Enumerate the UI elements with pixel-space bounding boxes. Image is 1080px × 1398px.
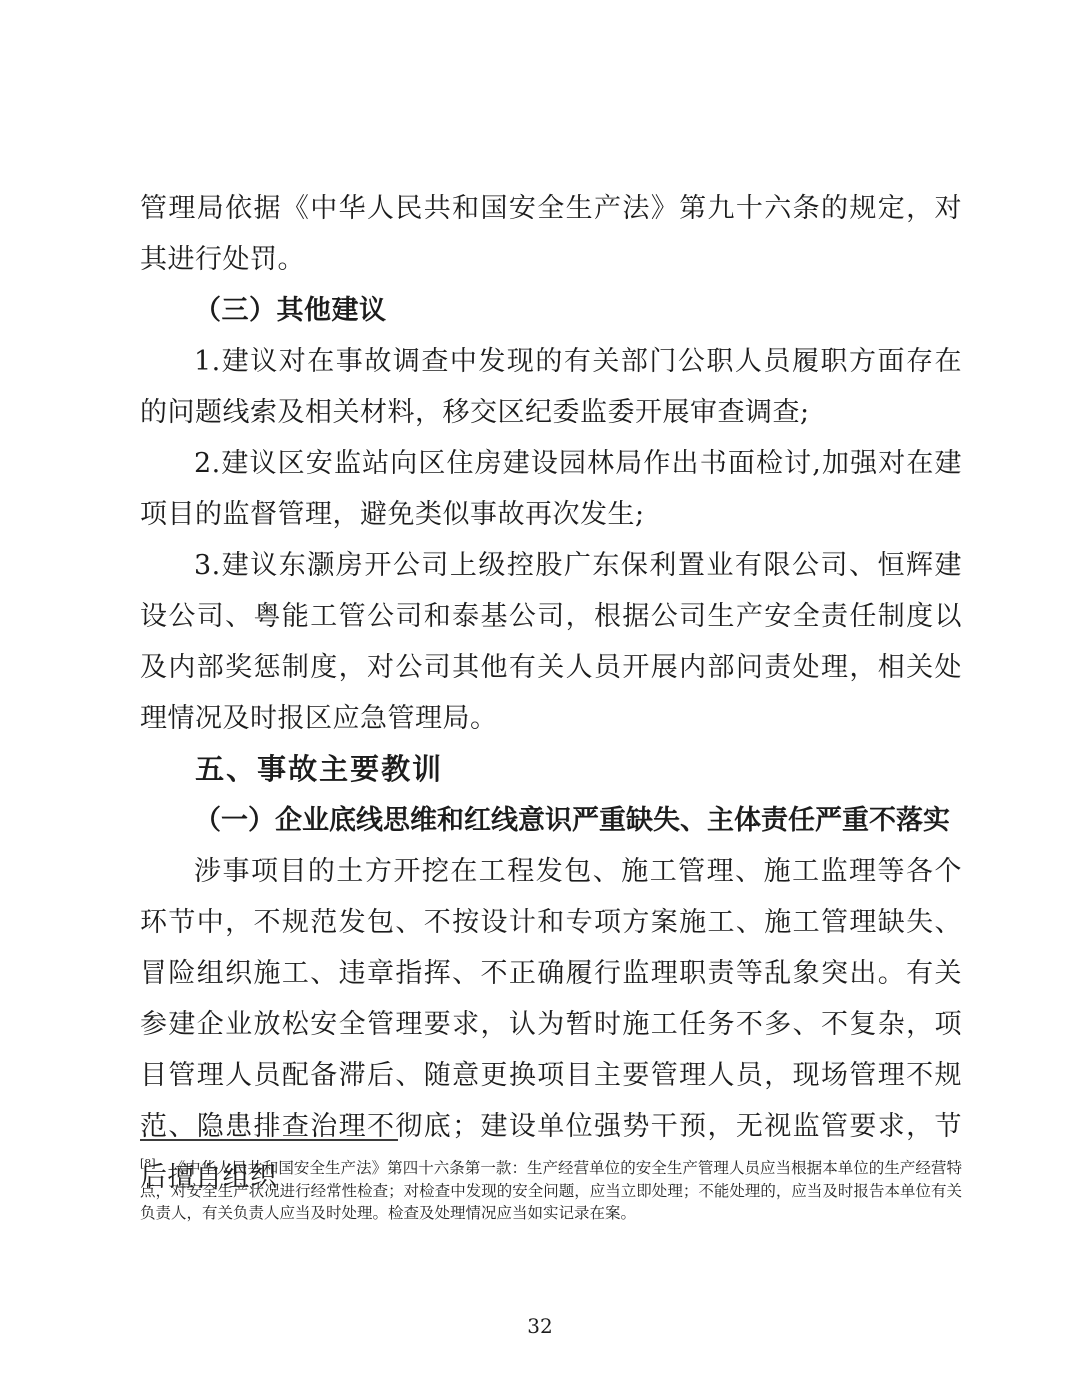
page-number: 32 bbox=[0, 1314, 1080, 1338]
document-page: 管理局依据《中华人民共和国安全生产法》第九十六条的规定，对其进行处罚。 （三）其… bbox=[0, 0, 1080, 1398]
heading-lesson-1: （一）企业底线思维和红线意识严重缺失、主体责任严重不落实 bbox=[140, 795, 962, 846]
heading-main-lessons: 五、事故主要教训 bbox=[140, 744, 962, 795]
suggestion-item-3: 3.建议东灏房开公司上级控股广东保利置业有限公司、恒辉建设公司、粤能工管公司和泰… bbox=[140, 540, 962, 744]
footnote-text: [8]《中华人民共和国安全生产法》第四十六条第一款：生产经营单位的安全生产管理人… bbox=[140, 1157, 962, 1225]
suggestion-item-1: 1.建议对在事故调查中发现的有关部门公职人员履职方面存在的问题线索及相关材料，移… bbox=[140, 336, 962, 438]
heading-other-suggestions: （三）其他建议 bbox=[140, 285, 962, 336]
footnote-area: [8]《中华人民共和国安全生产法》第四十六条第一款：生产经营单位的安全生产管理人… bbox=[140, 1139, 962, 1225]
footnote-marker: [8] bbox=[140, 1157, 156, 1170]
paragraph-penalty-continuation: 管理局依据《中华人民共和国安全生产法》第九十六条的规定，对其进行处罚。 bbox=[140, 183, 962, 285]
document-body: 管理局依据《中华人民共和国安全生产法》第九十六条的规定，对其进行处罚。 （三）其… bbox=[140, 183, 962, 1203]
footnote-body-text: 《中华人民共和国安全生产法》第四十六条第一款：生产经营单位的安全生产管理人员应当… bbox=[140, 1159, 962, 1222]
footnote-separator-rule bbox=[140, 1139, 398, 1141]
suggestion-item-2: 2.建议区安监站向区住房建设园林局作出书面检讨,加强对在建项目的监督管理，避免类… bbox=[140, 438, 962, 540]
